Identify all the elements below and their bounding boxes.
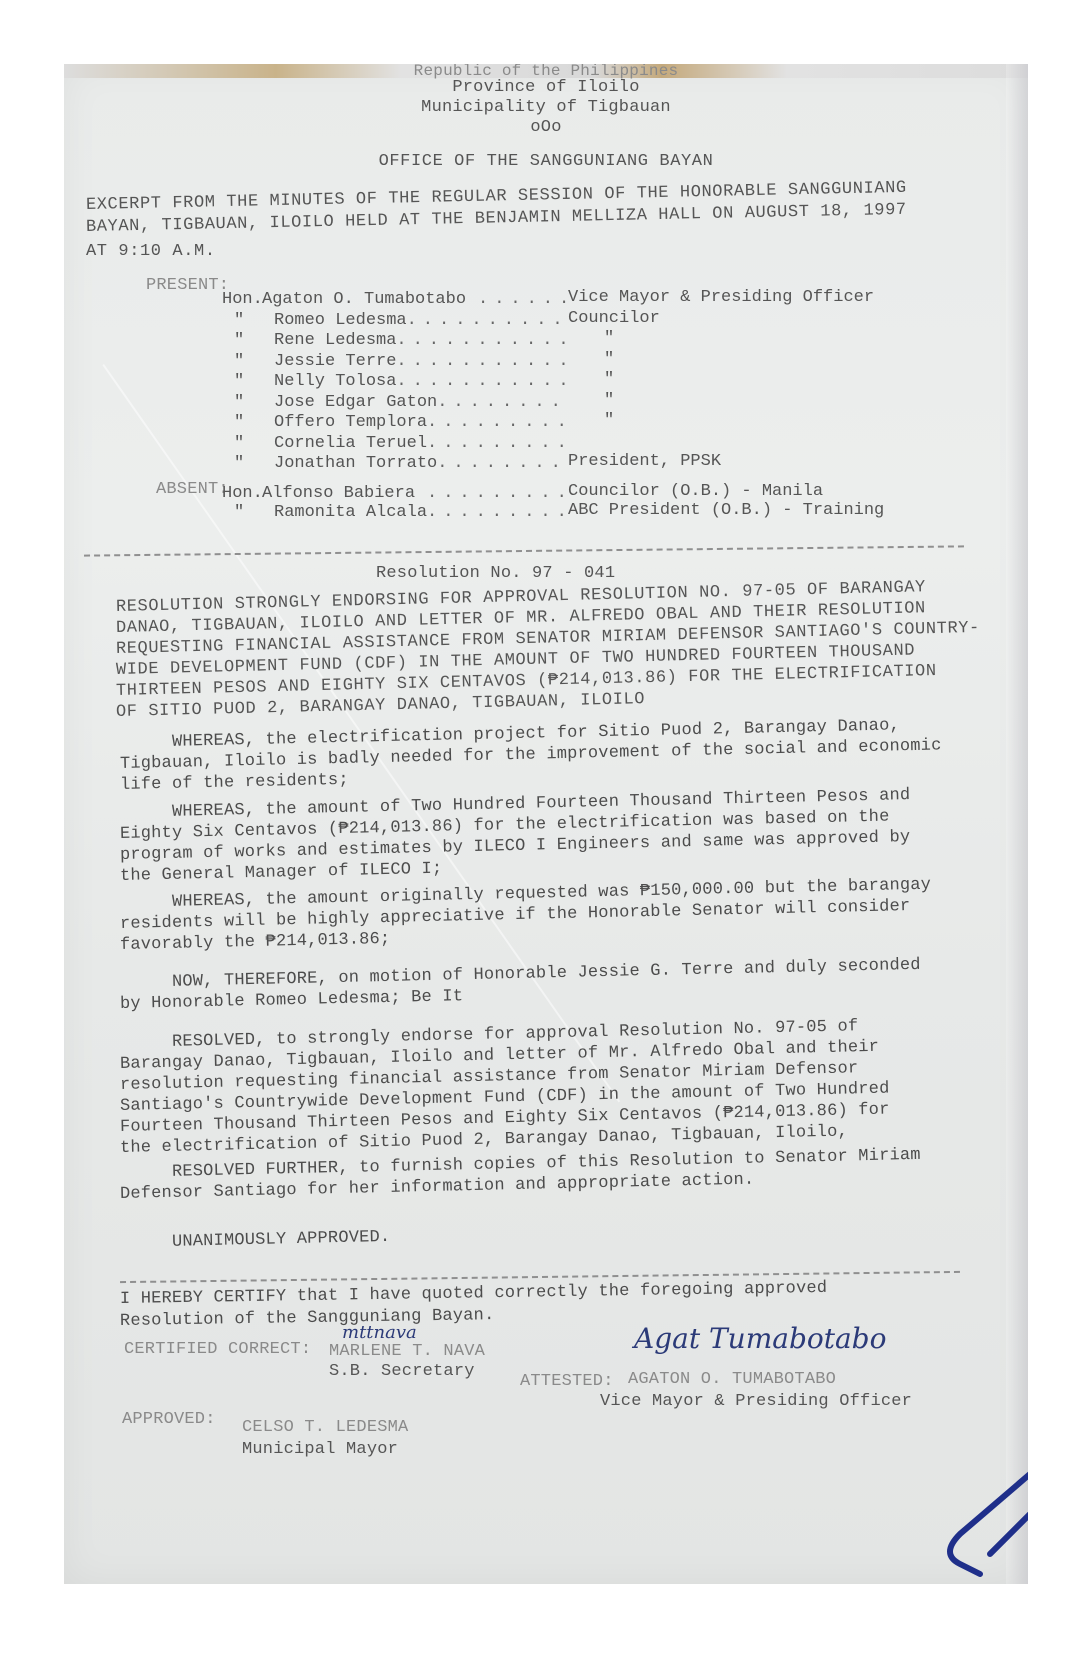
dot-leader: ........... [396, 372, 574, 391]
paragraph-line: life of the residents; [120, 771, 349, 795]
attendee-prefix: " [222, 311, 274, 330]
certified-title: S.B. Secretary [329, 1362, 475, 1381]
dot-leader: ...... [478, 290, 575, 309]
attendee-role: " [604, 391, 614, 410]
dot-leader: ........... [396, 352, 574, 371]
attendee-prefix: " [222, 331, 274, 350]
dot-leader: .......... [407, 311, 569, 330]
attendee-prefix: " [222, 352, 274, 371]
certified-correct-label: CERTIFIED CORRECT: [124, 1340, 311, 1359]
attendee-prefix: Hon. [222, 484, 262, 503]
divider-bottom [120, 1271, 960, 1283]
attested-title: Vice Mayor & Presiding Officer [600, 1392, 912, 1411]
attendee-row: Hon.Agaton O. Tumabotabo [222, 290, 466, 309]
attendee-role: " [604, 411, 614, 430]
attendee-name: Romeo Ledesma [274, 311, 407, 330]
secretary-signature: mttnava [342, 1322, 417, 1343]
approved-title: Municipal Mayor [242, 1440, 398, 1459]
attendee-role: Councilor (O.B.) - Manila [568, 482, 823, 501]
dot-leader: ......... [427, 484, 573, 503]
certify-line-1: I HEREBY CERTIFY that I have quoted corr… [120, 1279, 828, 1309]
header-ornament: oOo [64, 118, 1028, 137]
paragraph-line: NOW, THEREFORE, on motion of Honorable J… [120, 956, 921, 993]
attendee-row: "Nelly Tolosa [222, 372, 396, 391]
attendee-prefix: Hon. [222, 290, 262, 309]
approved-name: CELSO T. LEDESMA [242, 1418, 408, 1437]
attendee-row: "Offero Templora [222, 413, 427, 432]
attendee-row: Hon.Alfonso Babiera [222, 484, 415, 503]
attendee-prefix: " [222, 503, 274, 522]
dot-leader: ........ [437, 393, 567, 412]
attendee-name: Jose Edgar Gaton [274, 393, 437, 412]
attendee-row: "Jonathan Torrato [222, 454, 437, 473]
dot-leader: ........ [437, 454, 567, 473]
paper-clip-icon [900, 1464, 1028, 1584]
attendee-role: ABC President (O.B.) - Training [568, 501, 884, 520]
attendee-role: Councilor [568, 309, 660, 328]
attendee-prefix: " [222, 413, 274, 432]
certify-line-2: Resolution of the Sangguniang Bayan. [120, 1306, 495, 1331]
resolution-number: Resolution No. 97 - 041 [376, 564, 615, 583]
attendee-role: " [604, 370, 614, 389]
vice-mayor-signature: Agat Tumabotabo [634, 1322, 886, 1355]
attendee-role: Vice Mayor & Presiding Officer [568, 288, 874, 307]
document-page: Republic of the Philippines Province of … [64, 64, 1028, 1584]
absent-label: ABSENT: [156, 480, 229, 499]
attendee-prefix: " [222, 434, 274, 453]
attendee-prefix: " [222, 393, 274, 412]
attendee-row: "Romeo Ledesma [222, 311, 407, 330]
dot-leader: ......... [427, 413, 573, 432]
attendee-role: " [604, 350, 614, 369]
attendee-name: Rene Ledesma [274, 331, 396, 350]
attendee-name: Offero Templora [274, 413, 427, 432]
dot-leader: ........... [396, 331, 574, 350]
attested-name: AGATON O. TUMABOTABO [628, 1370, 836, 1389]
certified-name: MARLENE T. NAVA [329, 1342, 485, 1361]
attendee-name: Jessie Terre [274, 352, 396, 371]
dot-leader: ......... [427, 503, 573, 522]
paragraph-line: UNANIMOUSLY APPROVED. [120, 1228, 391, 1253]
attendee-row: "Cornelia Teruel [222, 434, 427, 453]
attested-label: ATTESTED: [520, 1372, 614, 1391]
attendee-prefix: " [222, 454, 274, 473]
excerpt-line-3: AT 9:10 A.M. [86, 242, 216, 261]
header-province: Province of Iloilo [64, 78, 1028, 97]
attendee-name: Cornelia Teruel [274, 434, 427, 453]
header-office: OFFICE OF THE SANGGUNIANG BAYAN [64, 152, 1028, 171]
attendee-row: "Rene Ledesma [222, 331, 396, 350]
paper-right-edge [1006, 64, 1028, 1584]
attendee-prefix: " [222, 372, 274, 391]
paragraph-line: favorably the ₱214,013.86; [120, 930, 391, 955]
attendee-row: "Jose Edgar Gaton [222, 393, 437, 412]
attendee-name: Nelly Tolosa [274, 372, 396, 391]
approved-label: APPROVED: [122, 1410, 216, 1429]
attendee-name: Agaton O. Tumabotabo [262, 290, 466, 309]
attendee-row: "Ramonita Alcala [222, 503, 427, 522]
attendee-name: Alfonso Babiera [262, 484, 415, 503]
attendee-role: President, PPSK [568, 452, 721, 471]
attendee-row: "Jessie Terre [222, 352, 396, 371]
attendee-role: " [604, 329, 614, 348]
header-municipality: Municipality of Tigbauan [64, 98, 1028, 117]
present-label: PRESENT: [146, 276, 229, 295]
attendee-name: Jonathan Torrato [274, 454, 437, 473]
dot-leader: ......... [427, 434, 573, 453]
attendee-name: Ramonita Alcala [274, 503, 427, 522]
divider-top [84, 545, 964, 556]
